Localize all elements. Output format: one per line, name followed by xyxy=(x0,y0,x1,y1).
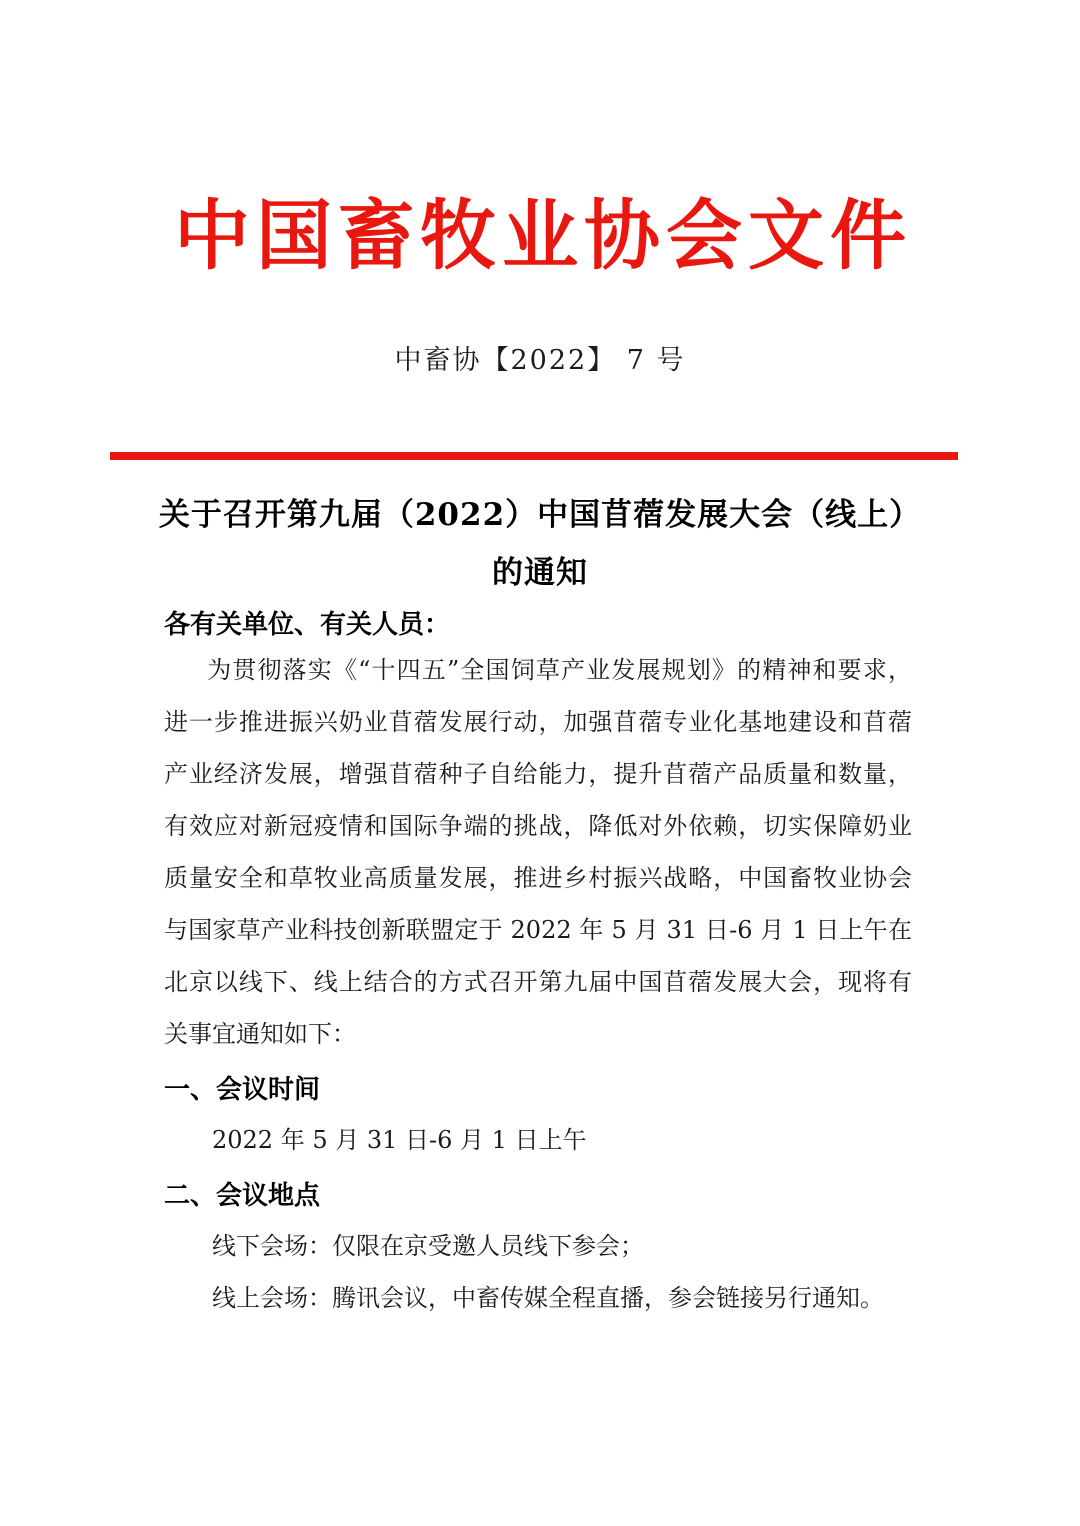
org-document-header: 中国畜牧业协会文件 xyxy=(0,186,1080,286)
section-heading-meeting-time: 一、会议时间 xyxy=(164,1066,1080,1114)
offline-venue-line: 线下会场：仅限在京受邀人员线下参会； xyxy=(164,1220,912,1272)
notice-title-line1: 关于召开第九届（2022）中国苜蓿发展大会（线上） xyxy=(0,486,1080,544)
meeting-time-value: 2022 年 5 月 31 日-6 月 1 日上午 xyxy=(164,1114,912,1166)
body-line: 有效应对新冠疫情和国际争端的挑战，降低对外依赖，切实保障奶业 xyxy=(164,800,912,852)
document-number: 中畜协【2022】 7 号 xyxy=(0,346,1080,376)
body-line: 进一步推进振兴奶业苜蓿发展行动，加强苜蓿专业化基地建设和苜蓿 xyxy=(164,696,912,748)
online-venue-line: 线上会场：腾讯会议，中畜传媒全程直播，参会链接另行通知。 xyxy=(164,1272,912,1324)
document-page: 中国畜牧业协会文件 中畜协【2022】 7 号 关于召开第九届（2022）中国苜… xyxy=(0,0,1080,1526)
body-line: 北京以线下、线上结合的方式召开第九届中国苜蓿发展大会，现将有 xyxy=(164,956,912,1008)
body-line: 关事宜通知如下： xyxy=(164,1008,912,1060)
body-line: 产业经济发展，增强苜蓿种子自给能力，提升苜蓿产品质量和数量， xyxy=(164,748,912,800)
section-heading-meeting-location: 二、会议地点 xyxy=(164,1172,1080,1220)
body-line: 与国家草产业科技创新联盟定于 2022 年 5 月 31 日-6 月 1 日上午… xyxy=(164,904,912,956)
notice-title-line2: 的通知 xyxy=(0,544,1080,602)
salutation: 各有关单位、有关人员： xyxy=(164,606,1080,644)
body-paragraph: 为贯彻落实《“十四五”全国饲草产业发展规划》的精神和要求， 进一步推进振兴奶业苜… xyxy=(164,644,912,1060)
red-separator-line xyxy=(110,452,958,460)
notice-title: 关于召开第九届（2022）中国苜蓿发展大会（线上） 的通知 xyxy=(0,486,1080,602)
body-line: 质量安全和草牧业高质量发展，推进乡村振兴战略，中国畜牧业协会 xyxy=(164,852,912,904)
body-line: 为贯彻落实《“十四五”全国饲草产业发展规划》的精神和要求， xyxy=(164,644,912,696)
